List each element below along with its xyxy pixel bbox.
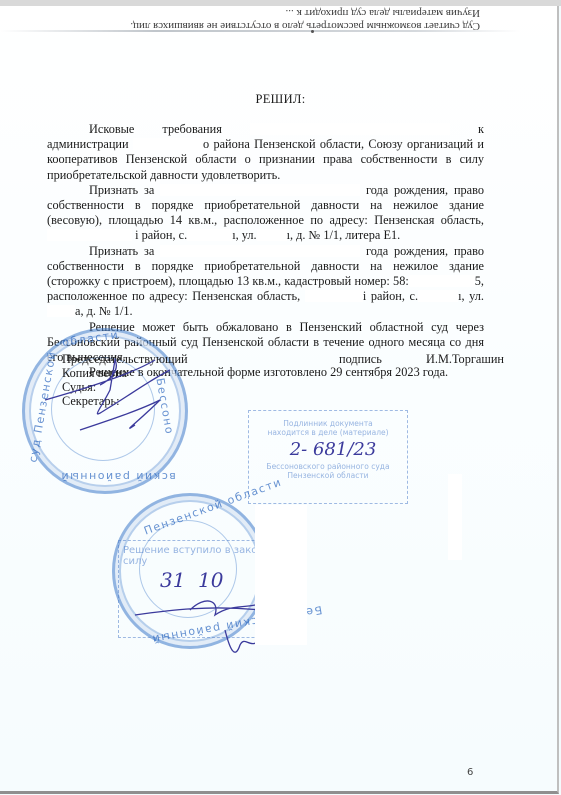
page-fold-line [0, 30, 520, 32]
flipped-line-1: Изучив материалы дела суд приходит к ... [60, 6, 480, 19]
redaction [160, 245, 360, 257]
white-redaction-patch [448, 474, 462, 560]
date-month: 10 [198, 568, 223, 592]
stamp-line-3: Бессоновского районного суда [249, 462, 407, 471]
redaction [47, 305, 75, 317]
redaction [418, 290, 458, 302]
scan-dot [311, 30, 314, 33]
p2-text-4: ı, ул. [232, 228, 256, 242]
redaction [305, 290, 363, 302]
redaction [47, 229, 132, 241]
decision-title: РЕШИЛ: [0, 92, 561, 107]
page-number: 6 [467, 767, 473, 778]
redaction [187, 229, 232, 241]
paragraph-recognize-1: Признать за года рождения, право собстве… [47, 183, 484, 244]
stamp-line-2: находится в деле (материале) [249, 428, 407, 437]
redaction [250, 123, 450, 135]
handwritten-signature-icon [40, 340, 200, 460]
judge-name: И.М.Торгашин [426, 352, 504, 367]
document-page: Суд считает возможным рассмотреть дело в… [0, 0, 559, 794]
redaction [133, 138, 203, 150]
white-redaction-patch [255, 505, 307, 645]
p3-start: Признать за [89, 244, 154, 258]
redaction [257, 229, 287, 241]
p2-text-3: с. [179, 228, 188, 242]
flipped-previous-page-text: Суд считает возможным рассмотреть дело в… [60, 6, 480, 32]
redaction [160, 184, 360, 196]
p3-text-4: ı, ул. [458, 289, 484, 303]
seal-bottom-text: вский районный [60, 470, 176, 483]
p2-start: Признать за [89, 183, 154, 197]
p3-text-5: а, д. № 1/1. [75, 304, 133, 318]
stamp-line-1: Подлинник документа [249, 419, 407, 428]
p1-start: Исковые требования [89, 122, 222, 136]
signature-word: подпись [339, 352, 382, 367]
redaction [409, 275, 475, 287]
date-day: 31 [160, 568, 185, 592]
paragraph-recognize-2: Признать за года рождения, право собстве… [47, 244, 484, 320]
p2-text-2: і район, [135, 228, 175, 242]
p2-text-5: ı, д. № 1/1, литера Е1. [287, 228, 401, 242]
p3-text-3: і район, с. [363, 289, 418, 303]
case-number: 2- 681/23 [259, 439, 407, 460]
paragraph-claims: Исковые требования к администрации о рай… [47, 122, 484, 183]
